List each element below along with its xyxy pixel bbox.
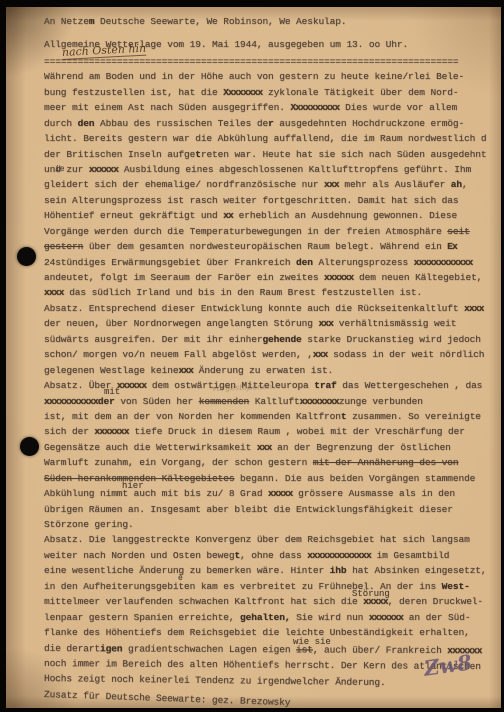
typed-text: im Gesamtbild [371,550,449,561]
typed-text: begann. Die aus beiden Vorgängen stammen… [234,473,475,484]
typed-line: flanke des Höhentiefs dem Reichsgebiet d… [44,625,504,640]
typed-text: , [462,179,468,190]
typed-text: eine wesentliche Änderung zu bemerken wä… [44,565,330,576]
typed-text: durch [44,118,78,129]
xed-out-text: xxxx [44,287,64,298]
typed-line: in den Aufheiterungsgebiten kam es verbr… [44,579,504,594]
xed-out-text: xxxxxxxxxxxxx [307,550,371,561]
overtyped-text: den [296,257,313,268]
overtyped-text: West- [442,581,470,592]
xed-out-text: xxxxx [363,596,388,607]
xed-out-text: Xxxxxxxx [223,87,262,98]
typed-line: der neuen, über Nordnorwegen angelangten… [44,316,504,331]
xed-out-text: xxx [318,318,333,329]
typed-text: starke Druckanstieg wird jedoch [302,334,481,345]
typed-text: Störzone gering. [44,519,134,530]
xed-out-text: xxx [178,365,193,376]
typed-line: eine wesentliche Änderung zu bemerken wä… [44,563,504,578]
typed-text: Höhentief erneut gekräftigt und [44,210,223,221]
typed-text: zyklonale Tätigkeit über dem Nord- [262,87,458,98]
typed-text: Abbau des russischen Teiles de [94,118,268,129]
typed-line: ist, mit dem an der von Norden her komme… [44,409,504,424]
typed-line: Vorgänge werden durch die Temperaturbewe… [44,224,504,239]
xed-out-text: xxxxxxx [447,645,481,656]
typed-text: , deren Druckwel- [388,596,483,607]
struck-text: seit [447,226,469,237]
typed-text: in den Aufheiterungsgebiten kam es verbr… [44,581,442,592]
typed-text: Alterungsprozess [313,257,414,268]
typed-line: An Netzem Deutsche Seewarte, We Robinson… [44,14,504,29]
xed-out-text: xxxxxxxxxxxx [414,257,473,268]
typed-text: lenpaar gestern Spanien erreichte, [44,612,240,623]
typed-text: bung festzustellen ist, hat die [44,87,223,98]
overtyped-text: traf [314,380,336,391]
typed-text: gleidert sich der ehemalige/ nordfranzös… [44,179,324,190]
typed-line: Allgemeine Wetterlage vom 19. Mai 1944, … [44,37,504,52]
typed-text: die derart [44,643,100,654]
typed-text: Dies wurde vor allem [339,102,457,113]
typed-line: weiter nach Norden und Osten bewegt, ohn… [44,548,504,563]
typed-line: lenpaar gestern Spanien erreichte, gehal… [44,610,504,625]
typed-text: der Britischen Inseln aufge [44,149,195,160]
typed-text: gelegenen Westlage keine [44,365,178,376]
xed-out-text: xxx [257,442,272,453]
typed-text: tiefe Druck in diesem Raum , wobei mit d… [129,426,465,437]
typed-line: sich der xxxxxxx tiefe Druck in diesem R… [44,424,504,439]
typed-line: sein Alterungsprozess ist rasch weiter f… [44,193,504,208]
typed-text: Deutsche Seewarte, We Robinson, We Aesku… [94,16,346,27]
xed-out-text: xxxxxx [117,380,146,391]
typed-line: meer mit einem Ast nach Süden ausgegriff… [44,100,504,115]
xed-out-text: xxxx [464,303,484,314]
typed-line: südwärts ausgreifen. Der mit ihr einherg… [44,332,504,347]
typed-text: Kaltluft [249,396,299,407]
typed-line: xxxxxxxxxxxder von Süden her kommenden K… [44,394,504,409]
typed-text: erheblich an Ausdehnung gewonnen. Diese [233,210,457,221]
overtyped-text: ihb [330,565,347,576]
typed-line: Störzone gering. [44,517,504,532]
typed-text: dem neuen Kältegebiet, [353,272,482,283]
typed-text: Zusatz für Deutsche Seewarte: gez. Brezo… [44,689,291,708]
typed-line: Süden herankommenden Kältegebietes began… [44,471,504,486]
typed-text: Änderung zu erwaten ist. [193,365,333,376]
typed-line: Während am Boden und in der Höhe auch vo… [44,69,504,84]
typed-text: andeutet, folgt im Seeraum der Faröer ei… [44,272,324,283]
typed-text: an der Süd- [403,612,470,623]
xed-out-text: Xxxxxxxxxx [290,102,339,113]
typed-line: Höhentief erneut gekräftigt und xx erheb… [44,208,504,223]
typed-text: das südlich Irland und bis in den Raum B… [64,287,422,298]
overtyped-text: gehende [262,334,301,345]
typed-text: Allgemeine Wetterlage vom 19. Mai 1944, … [44,39,408,50]
typed-text: sein Alterungsprozess ist rasch weiter f… [44,195,458,206]
typed-line: andeutet, folgt im Seeraum der Faröer ei… [44,270,504,285]
xed-out-text: Ex [447,241,457,252]
typed-text: an der Begrenzung der östlichen [272,442,451,453]
typed-line: und zur xxxxxx Ausbildung eines abgeschl… [44,162,504,177]
typed-text: das Wettergeschehen , das [337,380,483,391]
typed-text: übrigen Räumen an. Insgesamt aber bleibt… [44,504,453,515]
typed-text: Ausbildung eines abgeschlossenen Kaltluf… [118,164,471,175]
typed-line: 24stündiges Erwärmungsgebiet über Frankr… [44,255,504,270]
typed-line: bung festzustellen ist, hat die Xxxxxxxx… [44,85,504,100]
typed-text: Absatz. Entsprechend dieser Entwicklung … [44,303,464,314]
typed-line: der Britischen Inseln aufgetreten war. H… [44,147,504,162]
typed-text: verhältnismässig weit [333,318,456,329]
typed-text: über dem gesamten nordwesteuropäischen R… [83,241,447,252]
typed-line: Abkühlung nimmt auch mit bis zu/ 8 Grad … [44,486,504,501]
typed-line: durch den Abbau des russischen Teiles de… [44,116,504,131]
typed-text: von Süden her [115,396,199,407]
struck-text: ist [296,644,313,655]
typed-text: meer mit einem Ast nach Süden ausgegriff… [44,102,290,113]
typed-text: mehr als Ausläufer [339,179,451,190]
typed-line: gelegenen Westlage keinexxx Änderung zu … [44,363,504,378]
overtyped-text: der [98,396,115,407]
typed-line: Warmluft zunahm, ein Vorgang, der schon … [44,455,504,470]
typed-text: der neuen, über Nordnorwegen angelangten… [44,318,318,329]
typed-text: , auch über/ Frankreich [313,644,447,656]
typed-text: und zur [44,164,89,175]
typed-text: zusammen. So vereinigte [346,411,480,422]
typed-line: Absatz. Die langgestreckte Konvergenz üb… [44,532,504,547]
xed-out-text: xxxxxxx [369,612,403,623]
typed-line: Gegensätze auch die Wetterwirksamkeit xx… [44,440,504,455]
typed-text: Warmluft zunahm, ein Vorgang, der schon … [44,457,313,468]
struck-text: Süden herankommenden Kältegebietes [44,473,234,484]
overtyped-text: den [78,118,95,129]
typed-text: reten war. Heute hat sie sich nach Süden… [201,149,487,160]
typed-text: Vorgänge werden durch die Temperaturbewe… [44,226,447,237]
typed-text: dem ostwärtigen Mitteleuropa [146,380,314,391]
typed-text: weiter nach Norden und Osten beweg [44,550,234,561]
overtyped-text: gehalten, [240,612,290,623]
typed-text: gradientschwachen Lagen eigen [122,643,296,655]
typed-text: sich der [44,426,94,437]
typed-text: An Netze [44,16,89,27]
typed-text: Abkühlung nimmt auch mit bis zu/ 8 Grad [44,488,268,499]
xed-out-text: xxxxxxxx [300,396,339,407]
struck-text: gestern [44,241,83,252]
typed-text: hat Absinken eingesetzt, [346,565,486,576]
xed-out-text: xxxxxx [89,164,118,175]
typed-text: mittelmeer verlaufenden schwachen Kaltfr… [44,596,363,607]
typed-text: licht. Bereits gestern war die Abkühlung… [44,133,486,144]
typed-line: übrigen Räumen an. Insgesamt aber bleibt… [44,502,504,517]
xed-out-text: xxxxxxxxxxx [44,396,98,407]
typed-line: Absatz. Entsprechend dieser Entwicklung … [44,301,504,316]
typed-line: mittelmeer verlaufenden schwachen Kaltfr… [44,594,504,609]
overtyped-text: ah [451,179,462,190]
typed-text: ist, mit dem an der von Norden her komme… [44,411,341,422]
xed-out-text: xxx [324,179,339,190]
typed-text: Während am Boden und in der Höhe auch vo… [44,71,464,82]
scanned-document: An Netzem Deutsche Seewarte, We Robinson… [0,0,504,712]
typed-text: , ohne dass [240,550,307,561]
typed-line: schon/ morgen vo/n neuem Fall abgelöst w… [44,347,504,362]
typed-text: schon/ morgen vo/n neuem Fall abgelöst w… [44,349,313,360]
typed-line: Absatz. Über xxxxxx dem ostwärtigen Mitt… [44,378,504,393]
typed-text: Sie wird nun [290,612,368,623]
typed-text: Absatz. Über [44,380,117,391]
struck-text: mit der Annäherung des von [313,457,459,468]
paper-sheet: An Netzem Deutsche Seewarte, We Robinson… [6,7,501,708]
typed-text: noch immer im Bereich des alten Höhentie… [44,658,481,672]
typed-line: xxxx das südlich Irland und bis in den R… [44,285,504,300]
typed-text: flanke des Höhentiefs dem Reichsgebiet d… [44,627,470,638]
typed-line: licht. Bereits gestern war die Abkühlung… [44,131,504,146]
overtyped-text: igen [100,643,122,654]
typed-text: Absatz. Die langgestreckte Konvergenz üb… [44,534,470,545]
typed-text: Gegensätze auch die Wetterwirksamkeit [44,442,257,453]
typed-line: ========================================… [44,54,504,69]
typed-text: ausgedehnten Hochdruckzone ermög- [274,118,464,129]
typed-line: gleidert sich der ehemalige/ nordfranzös… [44,177,504,192]
typed-text: 24stündiges Erwärmungsgebiet über Frankr… [44,257,296,268]
typed-line: gestern über dem gesamten nordwesteuropä… [44,239,504,254]
xed-out-text: xxxxxx [324,272,353,283]
typed-lines: An Netzem Deutsche Seewarte, We Robinson… [44,11,504,702]
xed-out-text: xxxxxxx [94,426,128,437]
typed-text: Hochs zeigt noch keinerlei Tendenz zu ir… [44,673,386,688]
xed-out-text: xxxxx [268,488,293,499]
struck-text: kommenden [199,396,249,407]
typed-text: zunge verbunden [339,396,423,407]
typed-text: grössere Ausmasse als in den [293,488,455,499]
typed-text: ========================================… [44,56,458,67]
typed-text: sodass in der weit nördlich [328,349,485,360]
typed-text: südwärts ausgreifen. Der mit ihr einher [44,334,262,345]
xed-out-text: xxx [313,349,328,360]
xed-out-text: xx [223,210,233,221]
